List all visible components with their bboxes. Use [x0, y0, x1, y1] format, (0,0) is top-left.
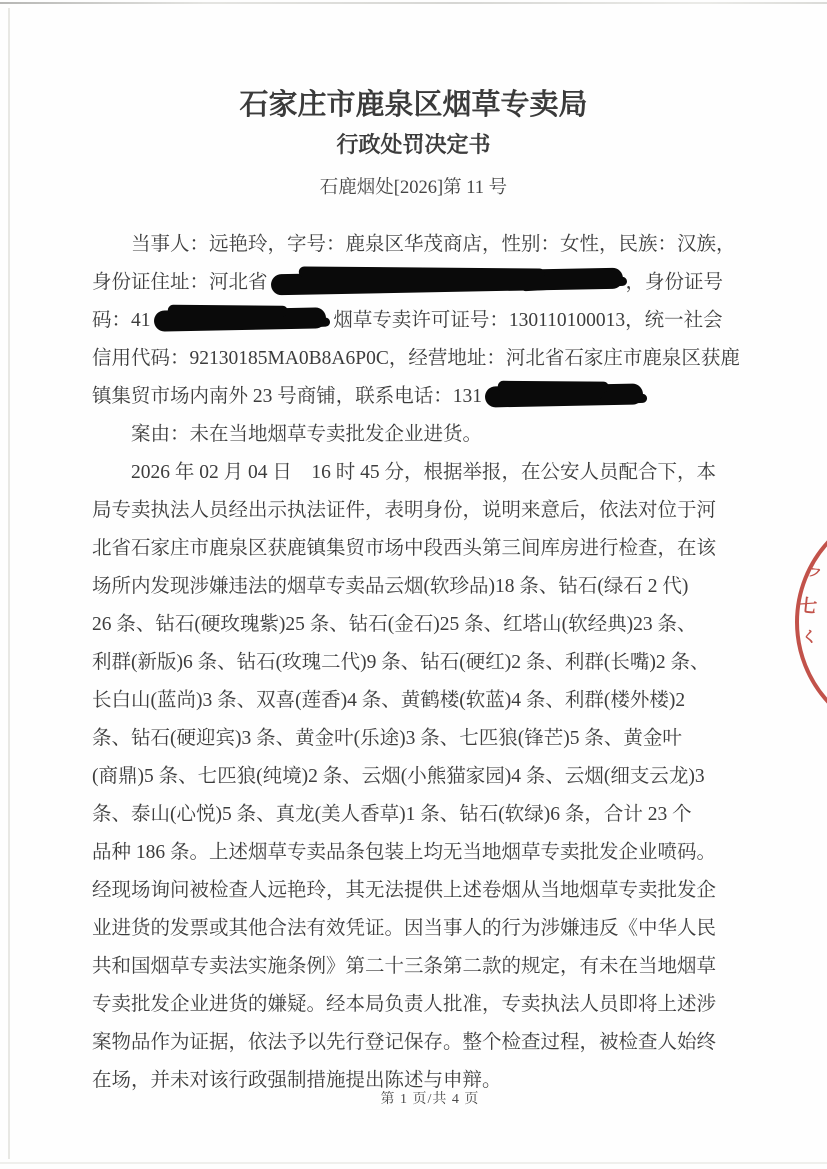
- body-line: 信用代码：92130185MA0B8A6P0C，经营地址：河北省石家庄市鹿泉区获…: [92, 340, 768, 378]
- body-text-segment: 长白山(蓝尚)3 条、双喜(莲香)4 条、黄鹤楼(软蓝)4 条、利群(楼外楼)2: [92, 690, 685, 711]
- body-line: 业进货的发票或其他合法有效凭证。因当事人的行为涉嫌违反《中华人民: [92, 910, 768, 948]
- body-text-segment: ，身份证号: [626, 272, 724, 293]
- body-text-segment: 专卖批发企业进货的嫌疑。经本局负责人批准，专卖执法人员即将上述涉: [92, 994, 716, 1015]
- body-text-segment: 案物品作为证据，依法予以先行登记保存。整个检查过程，被检查人始终: [92, 1032, 716, 1053]
- body-text-segment: 26 条、钻石(硬玫瑰紫)25 条、钻石(金石)25 条、红塔山(软经典)23 …: [92, 614, 696, 635]
- red-seal-arc-icon: [795, 502, 827, 742]
- body-text-segment: 场所内发现涉嫌违法的烟草专卖品云烟(软珍品)18 条、钻石(绿石 2 代): [92, 576, 688, 597]
- body-text-segment: 码：41: [92, 310, 151, 331]
- body-line: 长白山(蓝尚)3 条、双喜(莲香)4 条、黄鹤楼(软蓝)4 条、利群(楼外楼)2: [92, 682, 768, 720]
- scanned-document-page: 石家庄市鹿泉区烟草专卖局 行政处罚决定书 石鹿烟处[2026]第 11 号 当事…: [0, 0, 827, 1169]
- body-line: 条、泰山(心悦)5 条、真龙(美人香草)1 条、钻石(软绿)6 条，合计 23 …: [92, 796, 768, 834]
- body-text-segment: 烟草专卖许可证号：130110100013，统一社会: [329, 310, 723, 331]
- body-line: 当事人：远艳玲，字号：鹿泉区华茂商店，性别：女性，民族：汉族，: [92, 226, 768, 264]
- body-text-segment: 利群(新版)6 条、钻石(玫瑰二代)9 条、钻石(硬红)2 条、利群(长嘴)2 …: [92, 652, 709, 673]
- body-text-segment: 北省石家庄市鹿泉区获鹿镇集贸市场中段西头第三间库房进行检查，在该: [92, 538, 716, 559]
- body-text-segment: 业进货的发票或其他合法有效凭证。因当事人的行为涉嫌违反《中华人民: [92, 918, 716, 939]
- body-line: (商鼎)5 条、七匹狼(纯境)2 条、云烟(小熊猫家园)4 条、云烟(细支云龙)…: [92, 758, 768, 796]
- document-body: 当事人：远艳玲，字号：鹿泉区华茂商店，性别：女性，民族：汉族，身份证住址：河北省…: [92, 226, 768, 1100]
- body-line: 共和国烟草专卖法实施条例》第二十三条第二款的规定，有未在当地烟草: [92, 948, 768, 986]
- body-text-segment: 案由：未在当地烟草专卖批发企业进货。: [131, 424, 482, 445]
- body-line: 场所内发现涉嫌违法的烟草专卖品云烟(软珍品)18 条、钻石(绿石 2 代): [92, 568, 768, 606]
- body-line: 品种 186 条。上述烟草专卖品条包装上均无当地烟草专卖批发企业喷码。: [92, 834, 768, 872]
- red-seal-character-fragment: 七: [798, 596, 818, 616]
- body-text-segment: 信用代码：92130185MA0B8A6P0C，经营地址：河北省石家庄市鹿泉区获…: [92, 348, 740, 369]
- redaction-bar: [270, 268, 622, 296]
- body-text-segment: 经现场询问被检查人远艳玲，其无法提供上述卷烟从当地烟草专卖批发企: [92, 880, 716, 901]
- redaction-bar: [153, 307, 325, 331]
- body-line: 身份证住址：河北省，身份证号: [92, 264, 768, 302]
- body-line: 码：41 烟草专卖许可证号：130110100013，统一社会: [92, 302, 768, 340]
- body-text-segment: 品种 186 条。上述烟草专卖品条包装上均无当地烟草专卖批发企业喷码。: [92, 842, 716, 863]
- body-line: 案由：未在当地烟草专卖批发企业进货。: [92, 416, 768, 454]
- body-text-segment: 局专卖执法人员经出示执法证件，表明身份，说明来意后，依法对位于河: [92, 500, 716, 521]
- body-line: 案物品作为证据，依法予以先行登记保存。整个检查过程，被检查人始终: [92, 1024, 768, 1062]
- body-text-segment: 当事人：远艳玲，字号：鹿泉区华茂商店，性别：女性，民族：汉族，: [131, 234, 736, 255]
- body-text-segment: 镇集贸市场内南外 23 号商铺，联系电话：131: [92, 386, 482, 407]
- scan-edge-bottom: [0, 1162, 827, 1164]
- body-line: 经现场询问被检查人远艳玲，其无法提供上述卷烟从当地烟草专卖批发企: [92, 872, 768, 910]
- body-line: 北省石家庄市鹿泉区获鹿镇集贸市场中段西头第三间库房进行检查，在该: [92, 530, 768, 568]
- body-line: 26 条、钻石(硬玫瑰紫)25 条、钻石(金石)25 条、红塔山(软经典)23 …: [92, 606, 768, 644]
- body-text-segment: 身份证住址：河北省: [92, 272, 268, 293]
- body-text-segment: 条、泰山(心悦)5 条、真龙(美人香草)1 条、钻石(软绿)6 条，合计 23 …: [92, 804, 692, 825]
- body-text-segment: 2026 年 02 月 04 日 16 时 45 分，根据举报，在公安人员配合下…: [131, 462, 716, 483]
- document-title: 石家庄市鹿泉区烟草专卖局: [0, 82, 827, 123]
- body-text-segment: 共和国烟草专卖法实施条例》第二十三条第二款的规定，有未在当地烟草: [92, 956, 716, 977]
- scan-edge-top: [0, 2, 827, 4]
- body-text-segment: (商鼎)5 条、七匹狼(纯境)2 条、云烟(小熊猫家园)4 条、云烟(细支云龙)…: [92, 766, 705, 787]
- body-line: 局专卖执法人员经出示执法证件，表明身份，说明来意后，依法对位于河: [92, 492, 768, 530]
- body-line: 镇集贸市场内南外 23 号商铺，联系电话：131: [92, 378, 768, 416]
- body-text-segment: 条、钻石(硬迎宾)3 条、黄金叶(乐途)3 条、七匹狼(锋芒)5 条、黄金叶: [92, 728, 682, 749]
- body-line: 专卖批发企业进货的嫌疑。经本局负责人批准，专卖执法人员即将上述涉: [92, 986, 768, 1024]
- document-number: 石鹿烟处[2026]第 11 号: [0, 173, 827, 199]
- redaction-bar: [485, 383, 643, 407]
- red-seal-character-fragment: く: [801, 630, 817, 646]
- document-subtitle: 行政处罚决定书: [0, 128, 827, 159]
- body-line: 2026 年 02 月 04 日 16 时 45 分，根据举报，在公安人员配合下…: [92, 454, 768, 492]
- body-line: 利群(新版)6 条、钻石(玫瑰二代)9 条、钻石(硬红)2 条、利群(长嘴)2 …: [92, 644, 768, 682]
- page-number-indicator: 第 1 页/共 4 页: [92, 1088, 768, 1108]
- body-line: 条、钻石(硬迎宾)3 条、黄金叶(乐途)3 条、七匹狼(锋芒)5 条、黄金叶: [92, 720, 768, 758]
